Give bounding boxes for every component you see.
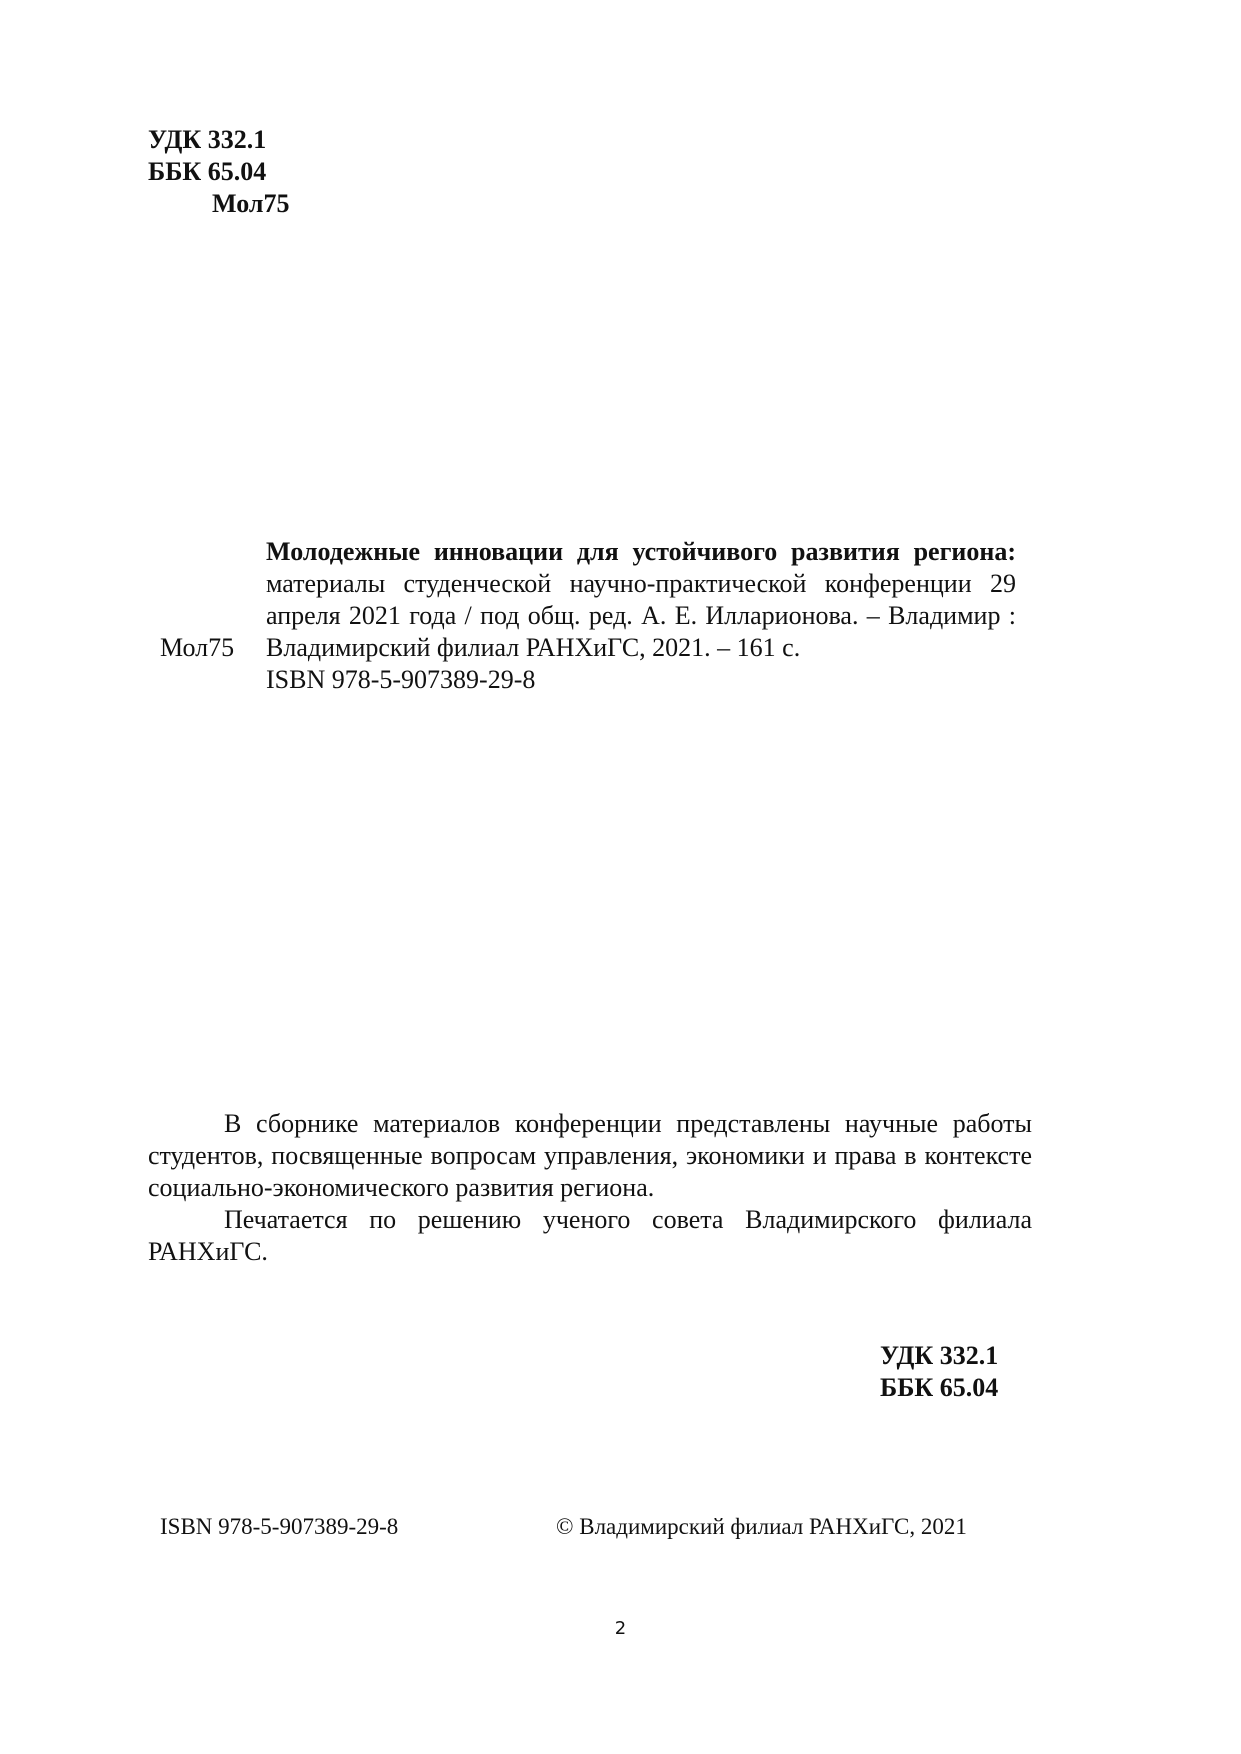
bbk-code: ББК 65.04: [148, 156, 289, 188]
footer-classification-codes: УДК 332.1 ББК 65.04: [880, 1340, 998, 1404]
author-mark: Мол75: [148, 188, 289, 220]
imprint-isbn: ISBN 978-5-907389-29-8: [160, 1514, 398, 1540]
header-classification-codes: УДК 332.1 ББК 65.04 Мол75: [148, 124, 289, 220]
bibliographic-record: Молодежные инновации для устойчивого раз…: [266, 536, 1016, 696]
annotation: В сборнике материалов конференции предст…: [148, 1108, 1032, 1268]
book-isbn: ISBN 978-5-907389-29-8: [266, 664, 1016, 696]
udk-code: УДК 332.1: [148, 124, 289, 156]
annotation-paragraph: В сборнике материалов конференции предст…: [148, 1108, 1032, 1204]
book-title: Молодежные инновации для устойчивого раз…: [266, 537, 1016, 566]
copyright-notice: © Владимирский филиал РАНХиГС, 2021: [556, 1514, 967, 1540]
bbk-code-bottom: ББК 65.04: [880, 1372, 998, 1404]
biblio-author-mark: Мол75: [160, 632, 234, 664]
publication-approval: Печатается по решению ученого совета Вла…: [148, 1204, 1032, 1268]
page-number: 2: [0, 1618, 1241, 1639]
book-description: материалы студенческой научно-практическ…: [266, 569, 1016, 662]
udk-code-bottom: УДК 332.1: [880, 1340, 998, 1372]
